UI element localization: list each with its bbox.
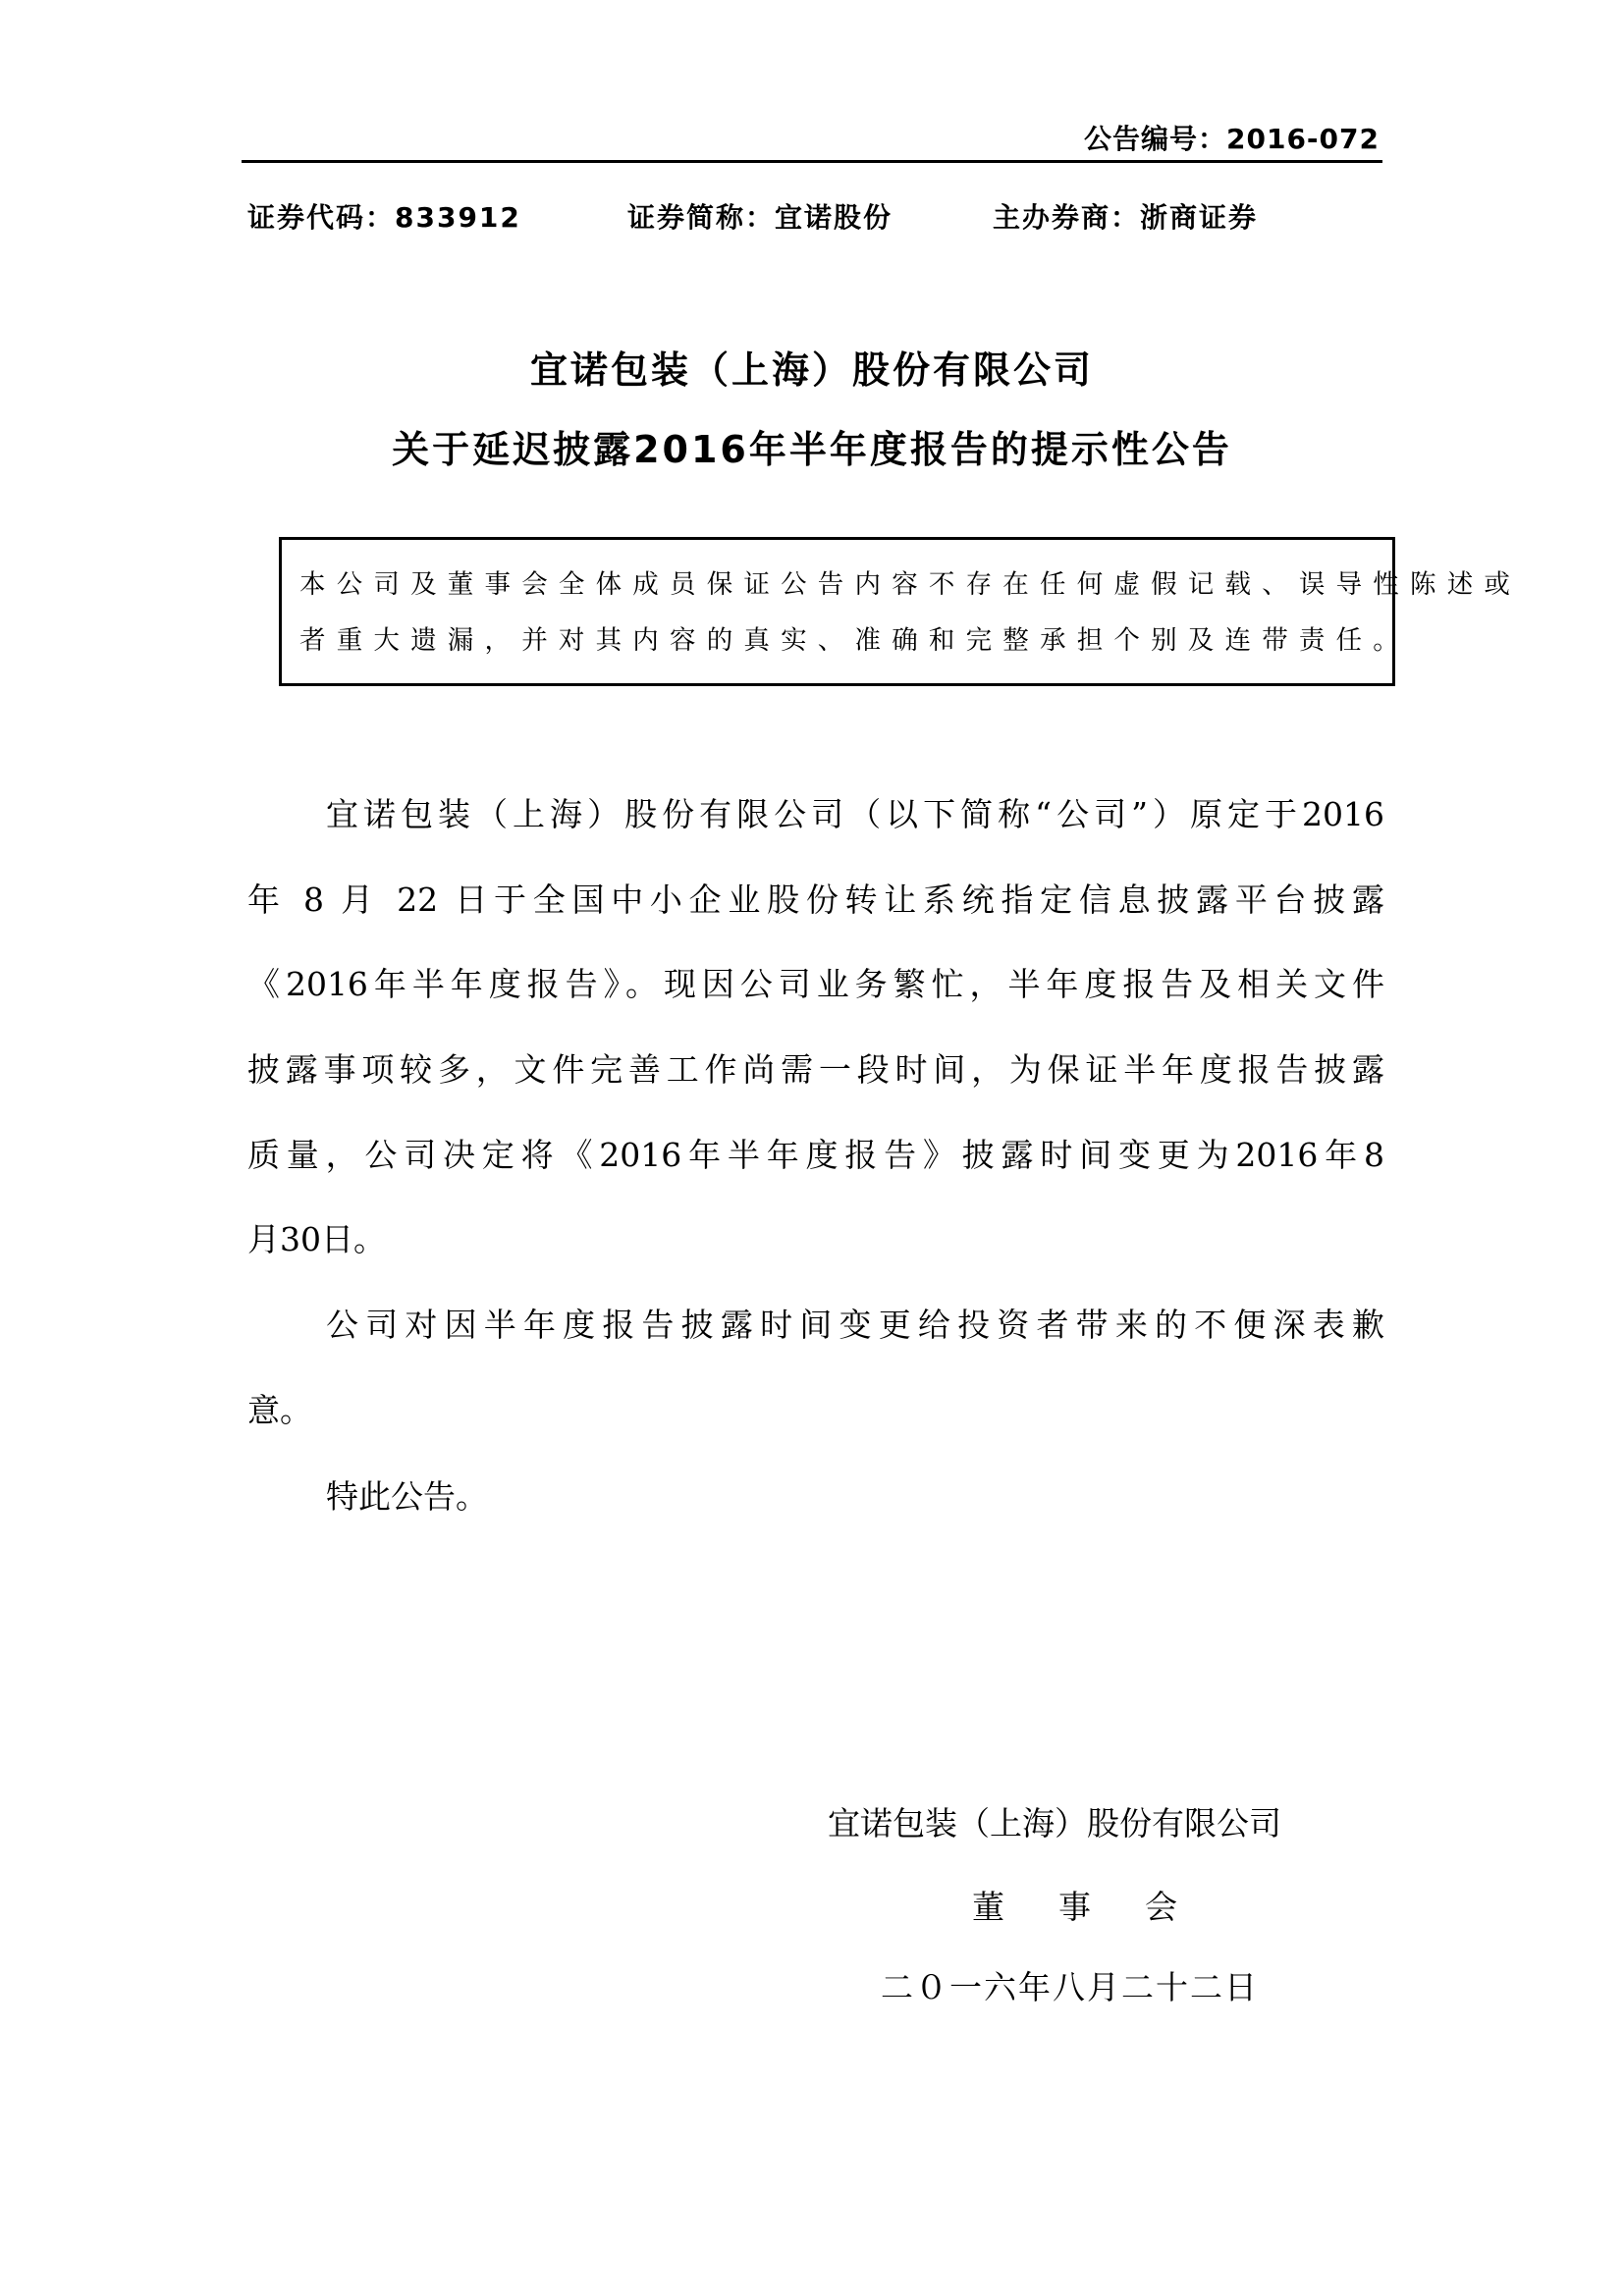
signature-company: 宜诺包装（上海）股份有限公司 [828,1799,1281,1848]
body-line: 宜诺包装（上海）股份有限公司（以下简称“公司”）原定于2016 [326,790,1384,839]
sponsor-broker: 主办券商：浙商证券 [993,197,1258,239]
body-line: 披露事项较多，文件完善工作尚需一段时间，为保证半年度报告披露 [247,1045,1384,1095]
header-divider [242,160,1382,163]
security-code: 证券代码：833912 [247,197,521,239]
security-abbreviation: 证券简称：宜诺股份 [627,197,893,239]
body-line: 年 8 月 22 日于全国中小企业股份转让系统指定信息披露平台披露 [247,876,1384,925]
statement-line: 本公司及董事会全体成员保证公告内容不存在任何虚假记载、误导性陈述或 [299,565,1521,605]
body-line: 《2016年半年度报告》。现因公司业务繁忙，半年度报告及相关文件 [247,960,1384,1009]
signature-board: 董事会 [972,1883,1231,1932]
document-title-subject: 关于延迟披露2016年半年度报告的提示性公告 [0,424,1624,475]
body-line: 意。 [247,1386,1384,1435]
closing-remark: 特此公告。 [326,1472,1384,1522]
document-title-company: 宜诺包装（上海）股份有限公司 [0,345,1624,396]
body-line: 月30日。 [247,1215,1384,1264]
responsibility-statement-box: 本公司及董事会全体成员保证公告内容不存在任何虚假记载、误导性陈述或 者重大遗漏，… [279,537,1395,686]
body-line: 公司对因半年度报告披露时间变更给投资者带来的不便深表歉 [326,1301,1384,1350]
notice-number: 公告编号：2016-072 [1084,119,1380,160]
body-line: 质量，公司决定将《2016年半年度报告》披露时间变更为2016年8 [247,1131,1384,1180]
statement-line: 者重大遗漏，并对其内容的真实、准确和完整承担个别及连带责任。 [299,621,1410,661]
signature-date: 二０一六年八月二十二日 [881,1963,1259,2012]
